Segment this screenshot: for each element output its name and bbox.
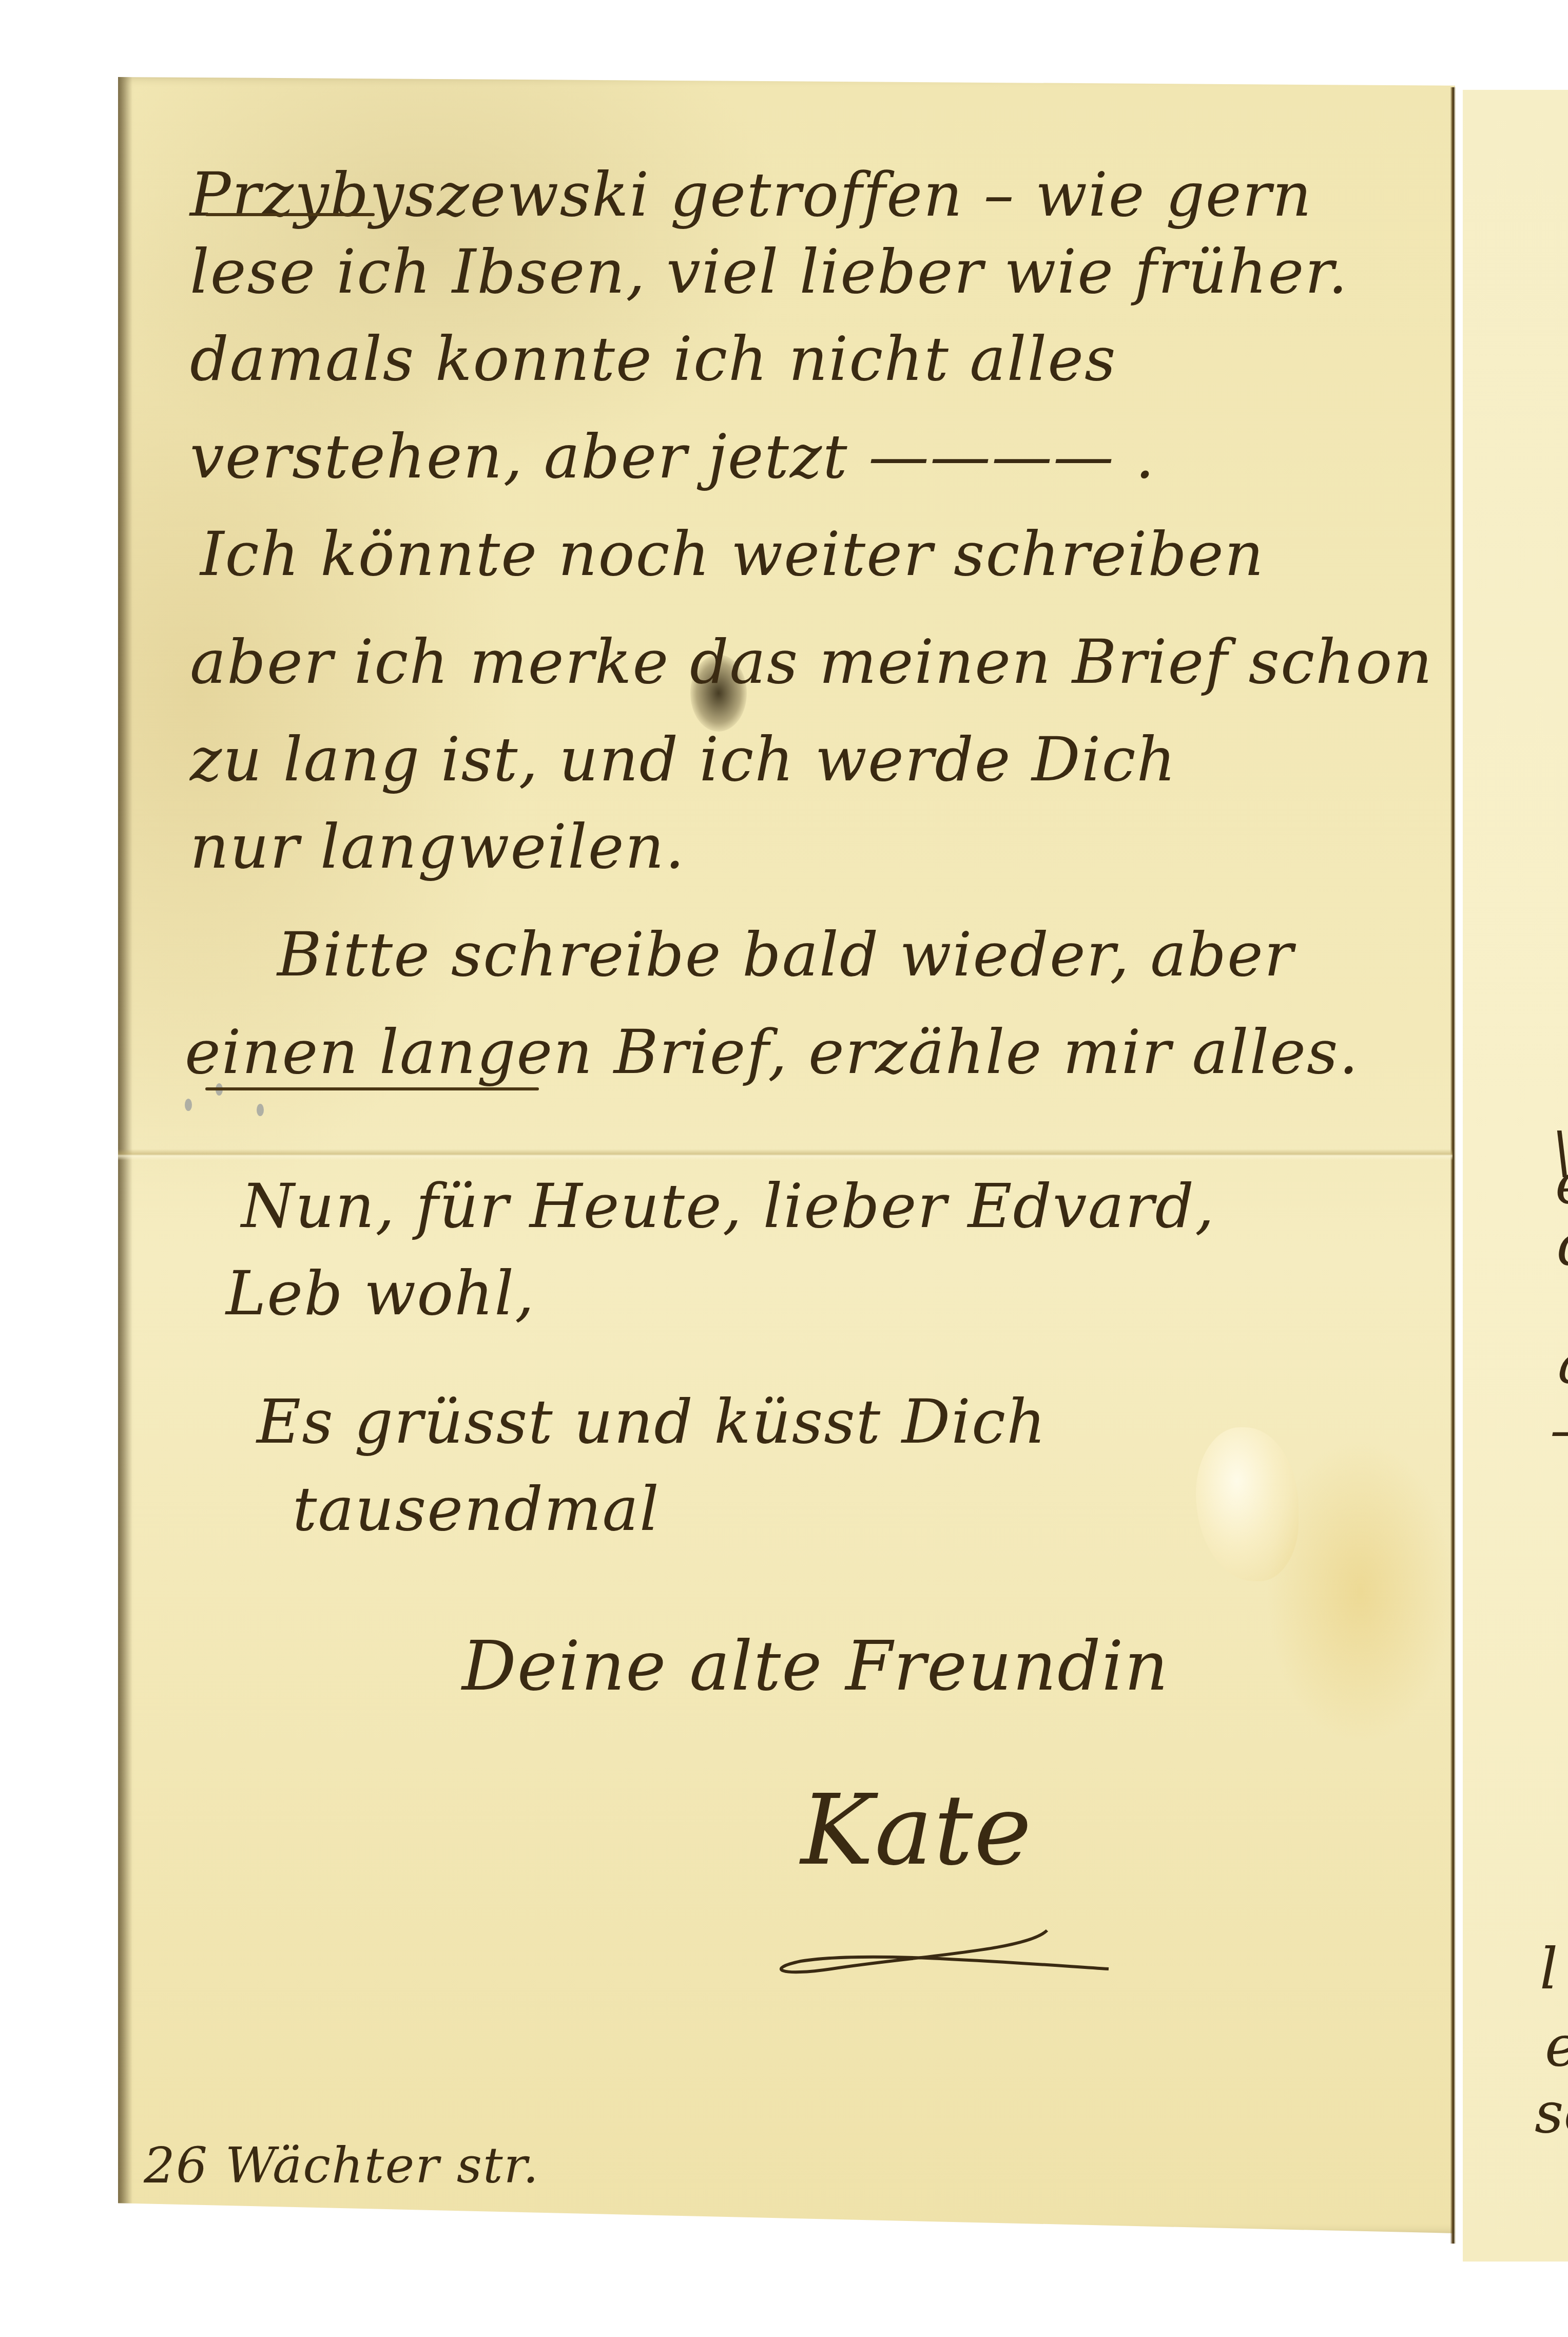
adjacent-fragment-4: a [1558, 1335, 1568, 1391]
letter-line-9: Bitte schreibe bald wieder, aber [277, 924, 1294, 985]
letter-line-3: damals konnte ich nicht alles [190, 329, 1117, 389]
closing-line-1: Nun, für Heute, lieber Edvard, [241, 1176, 1215, 1236]
letter-line-7: zu lang ist, und ich werde Dich [190, 729, 1176, 790]
vertical-fold-crease [1450, 87, 1456, 2244]
closing-line-4: tausendmal [293, 1479, 660, 1539]
adjacent-fragment-5: – [1550, 1402, 1568, 1458]
adjacent-fragment-6: l [1540, 1941, 1558, 1997]
letter-line-6: aber ich merke das meinen Brief schon [190, 631, 1433, 692]
letter-line-8: nur langweilen. [190, 816, 685, 877]
underline-langen [205, 1087, 539, 1090]
adjacent-fragment-3: d [1558, 1217, 1568, 1273]
letter-line-2: lese ich Ibsen, viel lieber wie früher. [190, 241, 1348, 302]
signature-flourish [760, 1920, 1119, 1982]
letter-line-5: Ich könnte noch weiter schreiben [200, 524, 1265, 584]
closing-line-2: Leb wohl, [226, 1263, 535, 1324]
letter-line-10: einen langen Brief, erzähle mir alles. [185, 1022, 1359, 1082]
speck [257, 1104, 264, 1116]
adjacent-fragment-7: e [1545, 2018, 1568, 2074]
adjacent-fragment-2: e [1555, 1155, 1568, 1212]
speck [185, 1099, 192, 1111]
adjacent-fragment-8: sc [1535, 2084, 1568, 2141]
signature-name: Kate [801, 1782, 1033, 1879]
closing-line-3: Es grüsst und küsst Dich [257, 1391, 1047, 1452]
underline-przybyszewski [205, 213, 375, 216]
signature-salutation: Deine alte Freundin [462, 1633, 1169, 1700]
letter-line-4: verstehen, aber jetzt ———— . [190, 426, 1155, 487]
horizontal-fold-crease [118, 1149, 1453, 1160]
sender-address: 26 Wächter str. [144, 2141, 539, 2190]
